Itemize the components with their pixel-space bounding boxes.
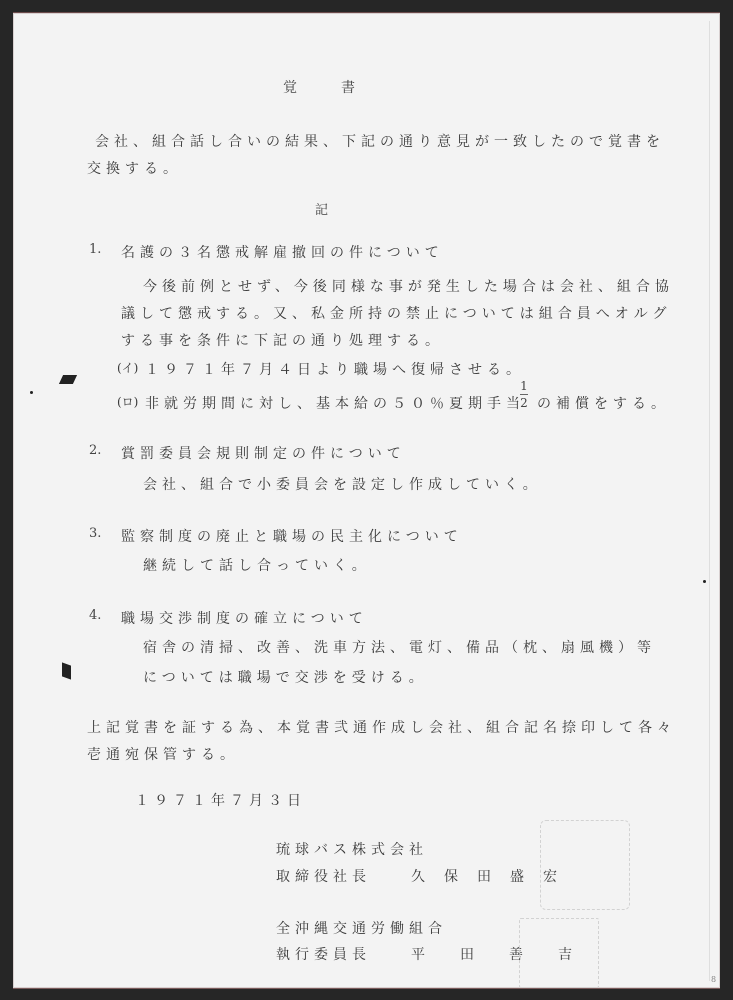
intro-line-1: 会社、組合話し合いの結果、下記の通り意見が一致したので覚書を	[95, 131, 665, 151]
signatory-2-organization: 全沖縄交通労働組合	[276, 918, 447, 938]
item-1-number: 1.	[89, 242, 101, 257]
item-4-number: 4.	[89, 608, 101, 623]
document-page: 覚書 会社、組合話し合いの結果、下記の通り意見が一致したので覚書を 交換する。 …	[13, 12, 720, 989]
punch-hole	[62, 662, 71, 679]
closing-line-2: 壱通宛保管する。	[87, 744, 239, 764]
item-2-body-line: 会社、組合で小委員会を設定し作成していく。	[143, 474, 542, 494]
closing-line-1: 上記覚書を証する為、本覚書弐通作成し会社、組合記名捺印して各々	[87, 717, 676, 737]
speck-mark	[703, 580, 706, 583]
subitem-a-marker: (イ)	[117, 359, 138, 376]
subitem-a-text: １９７１年７月４日より職場へ復帰させる。	[145, 359, 525, 379]
item-1-body-line: する事を条件に下記の通り処理する。	[121, 330, 444, 350]
subitem-b-tail: の補償をする。	[537, 393, 670, 413]
item-3-number: 3.	[89, 526, 101, 541]
document-title: 覚書	[283, 77, 399, 97]
item-4-body-line: 宿舎の清掃、改善、洗車方法、電灯、備品（枕、扇風機）等	[143, 637, 656, 657]
intro-line-2: 交換する。	[87, 158, 182, 178]
subitem-b-marker: (ロ)	[117, 393, 138, 410]
item-1-body-line: 議して懲戒する。又、私金所持の禁止については組合員へオルグ	[121, 303, 671, 323]
union-seal-stamp	[519, 918, 599, 988]
item-1-body-line: 今後前例とせず、今後同様な事が発生した場合は会社、組合協	[143, 276, 674, 296]
item-1-heading: 名護の３名懲戒解雇撤回の件について	[121, 242, 444, 262]
section-marker: 記	[315, 199, 333, 218]
fraction-numerator: 1	[520, 379, 528, 393]
punch-hole	[59, 375, 77, 384]
fraction: 1 2	[518, 379, 530, 410]
signatory-1-role: 取締役社長	[276, 866, 371, 886]
item-3-heading: 監察制度の廃止と職場の民主化について	[121, 526, 463, 546]
speck-mark	[30, 391, 33, 394]
company-seal-stamp	[540, 820, 630, 910]
page-marker: 8	[711, 975, 716, 984]
fraction-denominator: 2	[520, 396, 528, 410]
fold-line	[709, 21, 710, 981]
item-4-body-line: については職場で交渉を受ける。	[143, 667, 428, 687]
signatory-2-role: 執行委員長	[276, 944, 371, 964]
subitem-b-text: 非就労期間に対し、基本給の５０％夏期手当	[145, 393, 525, 413]
item-2-number: 2.	[89, 443, 101, 458]
document-date: １９７１年７月３日	[135, 790, 306, 810]
signatory-1-organization: 琉球バス株式会社	[276, 839, 428, 859]
fraction-bar	[520, 394, 528, 395]
item-4-heading: 職場交渉制度の確立について	[121, 608, 368, 628]
item-3-body-line: 継続して話し合っていく。	[143, 555, 371, 575]
item-2-heading: 賞罰委員会規則制定の件について	[121, 443, 406, 463]
